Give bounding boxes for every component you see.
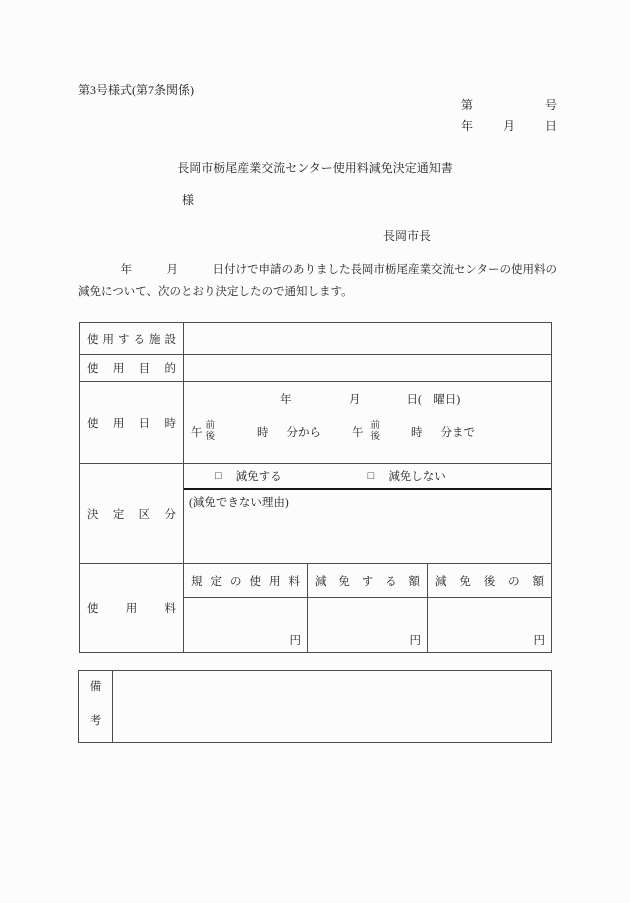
facility-row: 使用する施設 <box>80 323 551 354</box>
hour-label-1: 時 <box>257 424 269 440</box>
body-paragraph: 年 月 日付けで申請のありました長岡市栃尾産業交流センターの使用料の 減免につい… <box>78 260 564 303</box>
datetime-label: 使用日時 <box>87 415 176 431</box>
body-line-1: 年 月 日付けで申請のありました長岡市栃尾産業交流センターの使用料の <box>78 260 564 282</box>
fee-after-header-cell: 減免後の額 <box>428 564 551 598</box>
purpose-value-cell[interactable] <box>184 355 551 381</box>
am-pm-stack-1: 前 後 <box>206 421 216 443</box>
body-line-2: 減免について、次のとおり決定したので通知します。 <box>78 282 564 304</box>
pm-label-2: 後 <box>371 432 381 443</box>
date-day-label: 日 <box>545 117 557 134</box>
date-month-label: 月 <box>503 117 515 134</box>
am-pm-stack-2: 前 後 <box>371 421 381 443</box>
facility-label-cell: 使用する施設 <box>80 323 184 354</box>
remarks-label-char-2: 考 <box>90 712 102 728</box>
remarks-label-char-1: 備 <box>90 678 102 694</box>
pm-label-1: 後 <box>206 432 216 443</box>
fee-after-value-cell[interactable]: 円 <box>428 598 551 652</box>
time-fill-line: 午 前 後 時 分から 午 前 後 時 分まで <box>191 421 475 443</box>
issue-date-line: 年 月 日 <box>461 117 557 134</box>
deny-checkbox-icon[interactable]: □ <box>368 471 375 482</box>
denial-reason-cell[interactable]: (減免できない理由) <box>184 488 551 563</box>
deny-label: 減免しない <box>388 468 446 484</box>
purpose-row: 使用目的 <box>80 354 551 381</box>
form-number-text: 第3号様式(第7条関係) <box>78 81 194 98</box>
datetime-label-cell: 使用日時 <box>80 382 184 463</box>
fee-regular-value-cell[interactable]: 円 <box>184 598 307 652</box>
yen-label-1: 円 <box>290 632 302 648</box>
fee-reduction-header-cell: 減免する額 <box>308 564 427 598</box>
hour-label-2: 時 <box>411 424 423 440</box>
sender-name: 長岡市長 <box>383 227 431 244</box>
approve-label: 減免する <box>236 468 282 484</box>
time-noon-label-2: 午 <box>352 424 364 440</box>
fee-regular-column: 規定の使用料 円 <box>184 564 308 652</box>
form-page: 第3号様式(第7条関係) 第 号 年 月 日 長岡市栃尾産業交流センター使用料減… <box>0 0 630 903</box>
fee-after-column: 減免後の額 円 <box>428 564 551 652</box>
facility-label: 使用する施設 <box>87 331 176 347</box>
addressee-honorific: 様 <box>182 191 194 208</box>
minutes-to-label: 分まで <box>441 424 476 440</box>
application-table: 使用する施設 使用目的 使用日時 年 月 日( 曜日) 午 前 後 <box>79 322 552 653</box>
fee-label-cell: 使用料 <box>80 564 184 652</box>
fee-after-header: 減免後の額 <box>435 573 544 589</box>
decision-label-cell: 決定区分 <box>80 464 184 563</box>
document-number-line: 第 号 <box>461 96 557 113</box>
minutes-from-label: 分から <box>287 424 322 440</box>
approve-checkbox-icon[interactable]: □ <box>215 471 222 482</box>
fee-reduction-column: 減免する額 円 <box>308 564 428 652</box>
datetime-value-cell[interactable]: 年 月 日( 曜日) 午 前 後 時 分から 午 前 後 時 分 <box>184 382 551 463</box>
decision-value-cell: □ 減免する □ 減免しない (減免できない理由) <box>184 464 551 563</box>
decision-label: 決定区分 <box>87 506 176 522</box>
fee-row: 使用料 規定の使用料 円 減免する額 円 <box>80 563 551 652</box>
purpose-label-cell: 使用目的 <box>80 355 184 381</box>
decision-checkbox-row: □ 減免する □ 減免しない <box>184 464 551 488</box>
remarks-value-cell[interactable] <box>113 671 551 742</box>
purpose-label: 使用目的 <box>87 360 176 376</box>
remarks-table: 備 考 <box>78 670 552 743</box>
yen-label-2: 円 <box>410 632 422 648</box>
decision-row: 決定区分 □ 減免する □ 減免しない (減免できない理由) <box>80 463 551 563</box>
fee-reduction-header: 減免する額 <box>315 573 420 589</box>
am-label-2: 前 <box>371 421 381 432</box>
doc-number-suffix: 号 <box>545 96 557 113</box>
date-year-label: 年 <box>461 117 473 134</box>
fee-regular-header-cell: 規定の使用料 <box>184 564 307 598</box>
denial-reason-label: (減免できない理由) <box>189 497 289 509</box>
doc-number-prefix: 第 <box>461 96 473 113</box>
yen-label-3: 円 <box>534 632 546 648</box>
am-label-1: 前 <box>206 421 216 432</box>
time-noon-label-1: 午 <box>191 424 203 440</box>
fee-columns: 規定の使用料 円 減免する額 円 減免後の額 <box>184 564 551 652</box>
fee-label: 使用料 <box>87 600 176 616</box>
remarks-label-cell: 備 考 <box>79 671 113 742</box>
datetime-row: 使用日時 年 月 日( 曜日) 午 前 後 時 分から 午 前 後 <box>80 381 551 463</box>
date-fill-line: 年 月 日( 曜日) <box>184 391 551 407</box>
facility-value-cell[interactable] <box>184 323 551 354</box>
fee-regular-header: 規定の使用料 <box>191 573 300 589</box>
fee-reduction-value-cell[interactable]: 円 <box>308 598 427 652</box>
document-title: 長岡市栃尾産業交流センター使用料減免決定通知書 <box>0 159 630 176</box>
